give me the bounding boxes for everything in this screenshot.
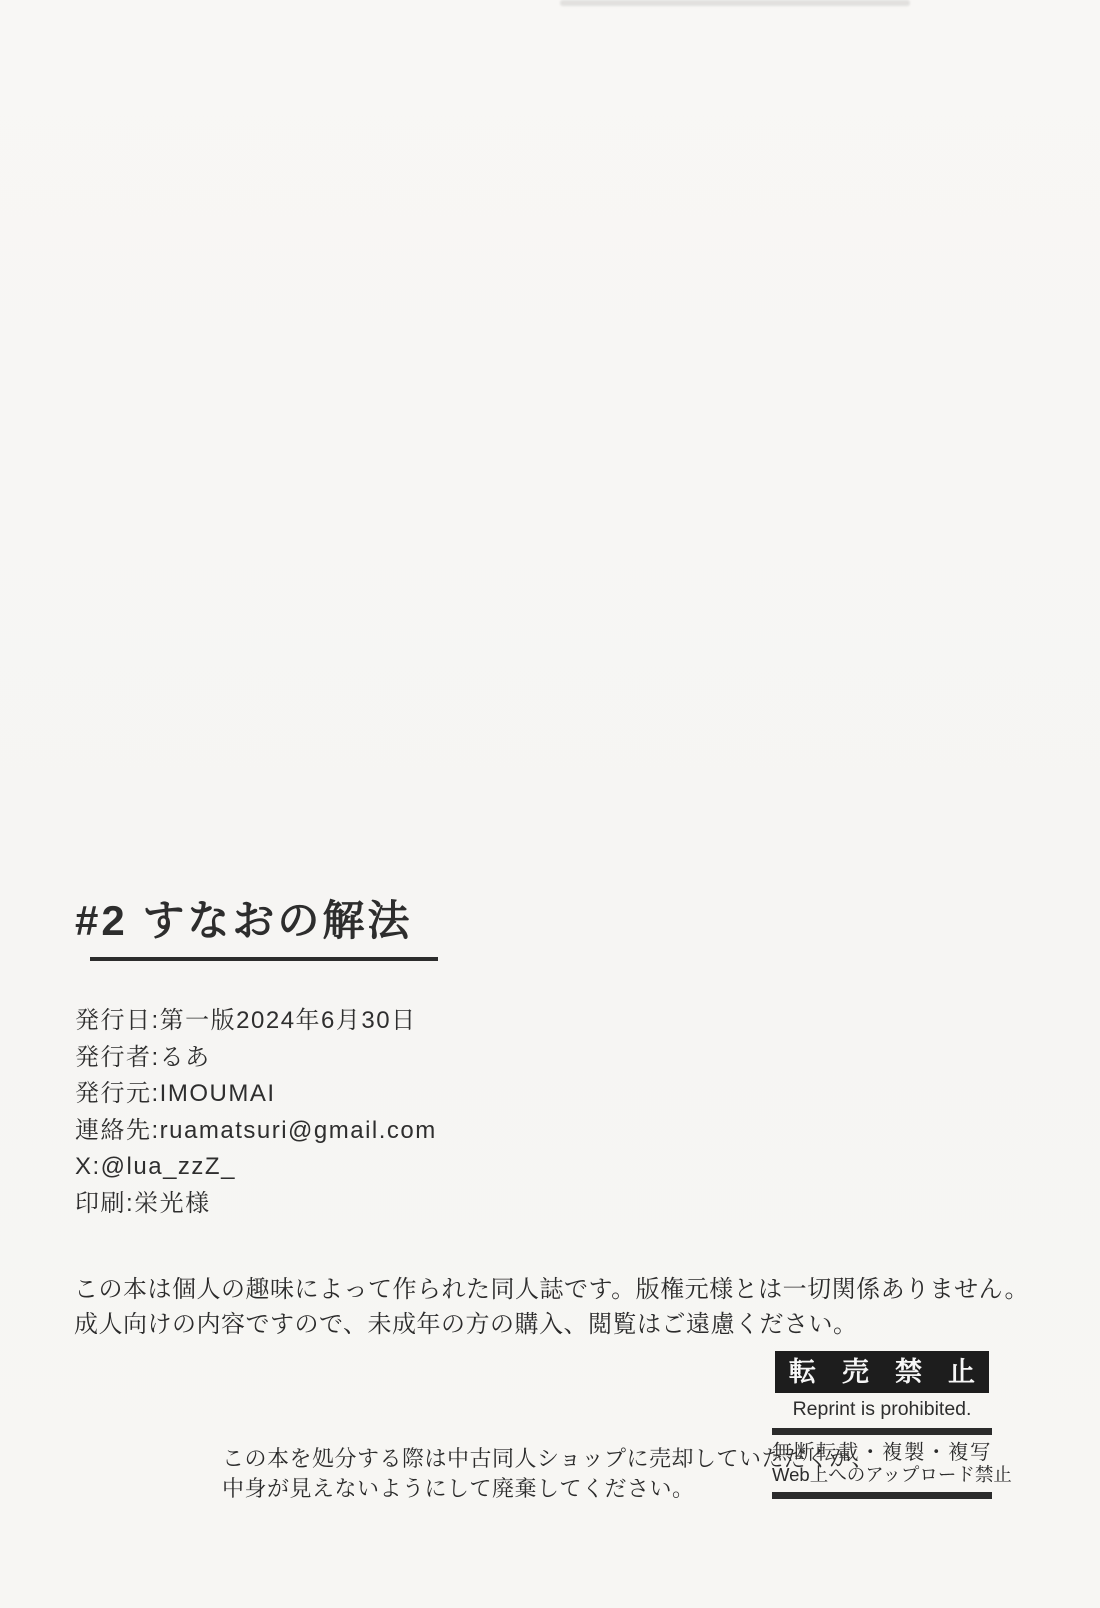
- colophon-x-handle: X:@lua_zzZ_: [75, 1152, 437, 1189]
- notice-top-rule: [772, 1428, 992, 1435]
- stamp-char-1: 転: [789, 1359, 816, 1386]
- disposal-instruction-block: この本を処分する際は中古同人ショップに売却していただくか、 中身が見えないように…: [222, 1444, 874, 1503]
- disclaimer-line-2: 成人向けの内容ですので、未成年の方の購入、閲覧はご遠慮ください。: [74, 1307, 1029, 1342]
- colophon-circle-name: 発行元:IMOUMAI: [75, 1079, 437, 1116]
- disposal-line-2: 中身が見えないようにして廃棄してください。: [222, 1474, 874, 1504]
- colophon-printer: 印刷:栄光様: [75, 1189, 437, 1226]
- book-title: #2 すなおの解法: [75, 888, 412, 948]
- title-underline: [90, 957, 438, 961]
- colophon-block: 発行日:第一版2024年6月30日 発行者:るあ 発行元:IMOUMAI 連絡先…: [75, 1006, 437, 1225]
- resale-prohibited-stamp: 転 売 禁 止: [775, 1351, 989, 1393]
- stamp-char-3: 禁: [895, 1359, 922, 1386]
- reprint-prohibited-english: Reprint is prohibited.: [770, 1398, 994, 1421]
- disclaimer-line-1: この本は個人の趣味によって作られた同人誌です。版権元様とは一切関係ありません。: [74, 1272, 1029, 1307]
- colophon-publisher-person: 発行者:るあ: [75, 1043, 437, 1080]
- stamp-char-4: 止: [948, 1359, 975, 1386]
- colophon-publication-date: 発行日:第一版2024年6月30日: [75, 1006, 437, 1043]
- disposal-line-1: この本を処分する際は中古同人ショップに売却していただくか、: [222, 1444, 874, 1474]
- colophon-contact-email: 連絡先:ruamatsuri@gmail.com: [75, 1116, 437, 1153]
- stamp-char-2: 売: [842, 1359, 869, 1386]
- scan-artifact-smudge: [560, 0, 910, 6]
- scanned-colophon-page: #2 すなおの解法 発行日:第一版2024年6月30日 発行者:るあ 発行元:I…: [0, 0, 1100, 1608]
- disclaimer-block: この本は個人の趣味によって作られた同人誌です。版権元様とは一切関係ありません。 …: [74, 1272, 1029, 1342]
